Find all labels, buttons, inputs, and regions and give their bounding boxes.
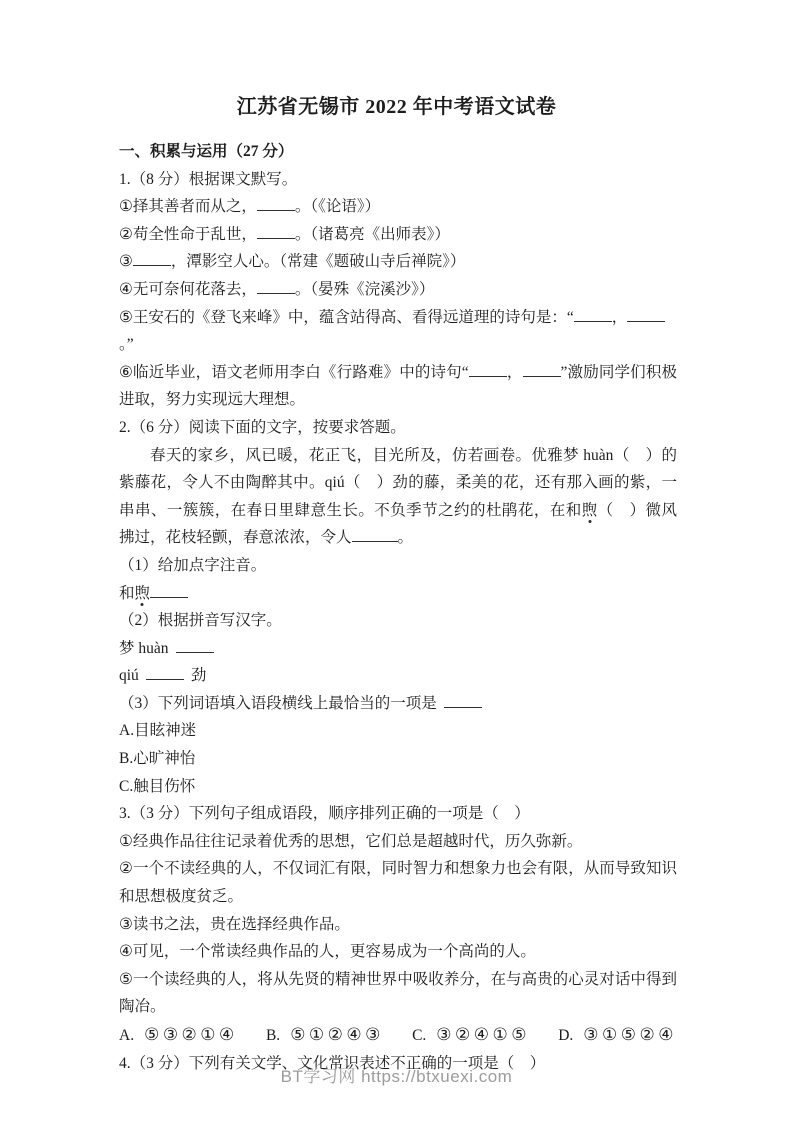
q3-sentence-3: ③读书之法，贵在选择经典作品。: [119, 911, 677, 939]
text-segment: ，: [507, 364, 523, 381]
text-segment: 梦 huàn: [119, 640, 169, 657]
fill-in-blank: [469, 374, 507, 377]
option-label: A.: [119, 1027, 134, 1044]
text-segment: ，潭影空人心。（常建《题破山寺后禅院》）: [171, 253, 466, 270]
fill-in-blank: [352, 539, 398, 542]
fill-in-blank: [176, 650, 214, 653]
q1-item-1: ①择其善者而从之，。（《论语》）: [119, 193, 677, 221]
emphasized-char: 煦: [135, 585, 151, 602]
fill-in-blank: [146, 677, 184, 680]
fill-in-blank: [133, 263, 171, 266]
text-segment: （3）下列词语填入语段横线上最恰当的一项是: [119, 695, 437, 712]
fill-in-blank: [627, 319, 665, 322]
q2-sub2-item-2: qiú劲: [119, 662, 677, 690]
text-segment: ③: [119, 253, 133, 270]
option-value: ⑤③②①④: [144, 1025, 238, 1044]
option-label: B.: [266, 1027, 280, 1044]
text-segment: ，: [612, 309, 628, 326]
watermark: BT学习网 https://btxuexi.com: [0, 1062, 793, 1087]
text-segment: ⑤王安石的《登飞来峰》中，蕴含站得高、看得远道理的诗句是：“: [119, 309, 574, 326]
fill-in-blank: [574, 319, 612, 322]
exam-page: 江苏省无锡市 2022 年中考语文试卷 一、积累与运用（27 分） 1.（8 分…: [0, 0, 793, 1122]
q2-sub1-label: （1）给加点字注音。: [119, 552, 677, 580]
option-value: ③①⑤②④: [583, 1025, 677, 1044]
q2-choice-b: B.心旷神怡: [119, 745, 677, 773]
text-segment: ②苟全性命于乱世，: [119, 226, 257, 243]
text-segment: ⑥临近毕业，语文老师用李白《行路难》中的诗句“: [119, 364, 469, 381]
page-title: 江苏省无锡市 2022 年中考语文试卷: [0, 90, 793, 119]
option-value: ⑤①②④③: [290, 1025, 384, 1044]
q3-option-d: D.③①⑤②④: [558, 1021, 677, 1050]
exam-content: 一、积累与运用（27 分） 1.（8 分）根据课文默写。 ①择其善者而从之，。（…: [119, 138, 677, 1077]
fill-in-blank: [150, 595, 188, 598]
emphasized-char: 煦: [582, 502, 598, 519]
fill-in-blank: [257, 208, 295, 211]
q2-stem: 2.（6 分）阅读下面的文字，按要求答题。: [119, 414, 677, 442]
q2-sub2-item-1: 梦 huàn: [119, 635, 677, 663]
q3-option-a: A.⑤③②①④: [119, 1021, 238, 1050]
q3-options-row: A.⑤③②①④ B.⑤①②④③ C.③②④①⑤ D.③①⑤②④: [119, 1021, 677, 1050]
text-segment: 劲: [191, 667, 207, 684]
fill-in-blank: [257, 291, 295, 294]
q1-item-6: ⑥临近毕业，语文老师用李白《行路难》中的诗句“，”激励同学们积极进取，努力实现远…: [119, 359, 677, 414]
q1-item-2: ②苟全性命于乱世，。（诸葛亮《出师表》）: [119, 221, 677, 249]
q1-stem: 1.（8 分）根据课文默写。: [119, 166, 677, 194]
q2-choice-a: A.目眩神迷: [119, 717, 677, 745]
q2-sub1-item: 和煦: [119, 580, 677, 608]
q3-sentence-2: ②一个不读经典的人，不仅词汇有限，同时智力和想象力也会有限，从而导致知识和思想极…: [119, 855, 677, 910]
q3-option-b: B.⑤①②④③: [266, 1021, 384, 1050]
option-label: D.: [558, 1027, 573, 1044]
q1-item-4: ④无可奈何花落去，。（晏殊《浣溪沙》）: [119, 276, 677, 304]
q3-sentence-5: ⑤一个读经典的人，将从先贤的精神世界中吸收养分，在与高贵的心灵对话中得到陶冶。: [119, 966, 677, 1021]
text-segment: 。”: [119, 336, 134, 353]
text-segment: ④无可奈何花落去，: [119, 281, 257, 298]
text-segment: ①择其善者而从之，: [119, 198, 257, 215]
q2-sub2-label: （2）根据拼音写汉字。: [119, 607, 677, 635]
text-segment: qiú: [119, 667, 139, 684]
text-segment: 和: [119, 585, 135, 602]
q3-sentence-1: ①经典作品往往记录着优秀的思想，它们总是超越时代，历久弥新。: [119, 828, 677, 856]
q3-stem: 3.（3 分）下列句子组成语段，顺序排列正确的一项是（ ）: [119, 800, 677, 828]
q1-item-5: ⑤王安石的《登飞来峰》中，蕴含站得高、看得远道理的诗句是：“，。”: [119, 304, 677, 359]
q2-passage: 春天的家乡，风已暖，花正飞，目光所及，仿若画卷。优雅梦 huàn（ ）的紫藤花，…: [119, 442, 677, 552]
text-segment: 。（《论语》）: [295, 198, 380, 215]
option-value: ③②④①⑤: [436, 1025, 530, 1044]
q3-option-c: C.③②④①⑤: [412, 1021, 530, 1050]
q1-item-3: ③，潭影空人心。（常建《题破山寺后禅院》）: [119, 248, 677, 276]
text-segment: 。（晏殊《浣溪沙》）: [295, 281, 435, 298]
fill-in-blank: [523, 374, 561, 377]
q3-sentence-4: ④可见，一个常读经典作品的人，更容易成为一个高尚的人。: [119, 938, 677, 966]
section-heading: 一、积累与运用（27 分）: [119, 138, 677, 166]
text-segment: 。（诸葛亮《出师表》）: [295, 226, 450, 243]
fill-in-blank: [257, 236, 295, 239]
fill-in-blank: [444, 705, 482, 708]
q2-sub3-label: （3）下列词语填入语段横线上最恰当的一项是: [119, 690, 677, 718]
option-label: C.: [412, 1027, 426, 1044]
q2-choice-c: C.触目伤怀: [119, 773, 677, 801]
text-segment: 。: [398, 529, 414, 546]
